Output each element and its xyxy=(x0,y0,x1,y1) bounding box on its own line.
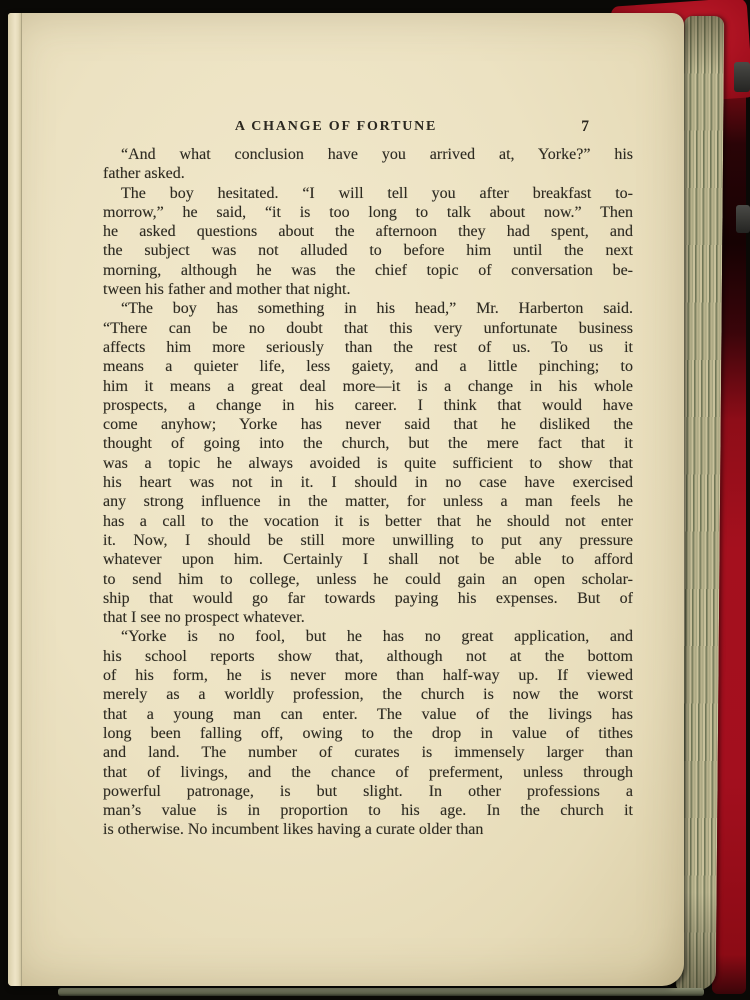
text-line: and land. The number of curates is immen… xyxy=(103,743,633,762)
text-line: his heart was not in it. I should in no … xyxy=(103,473,633,492)
book-clasp-detail xyxy=(734,62,750,92)
page-gutter-edge xyxy=(8,13,22,986)
text-line: has a call to the vocation it is better … xyxy=(103,512,633,531)
text-line: of his form, he is never more than half-… xyxy=(103,666,633,685)
page-number: 7 xyxy=(581,118,589,136)
text-block: “And what conclusion have you arrived at… xyxy=(103,145,633,840)
text-line: father asked. xyxy=(103,164,633,183)
book-clasp-detail xyxy=(736,205,750,233)
text-line: The boy hesitated. “I will tell you afte… xyxy=(103,184,633,203)
text-line: “And what conclusion have you arrived at… xyxy=(103,145,633,164)
text-line: powerful patronage, is but slight. In ot… xyxy=(103,782,633,801)
text-line: prospects, a change in his career. I thi… xyxy=(103,396,633,415)
text-line: “The boy has something in his head,” Mr.… xyxy=(103,299,633,318)
text-line: him it means a great deal more—it is a c… xyxy=(103,377,633,396)
text-line: to send him to college, unless he could … xyxy=(103,570,633,589)
text-line: is otherwise. No incumbent likes having … xyxy=(103,820,633,839)
paragraph: “And what conclusion have you arrived at… xyxy=(103,145,633,184)
text-line: morrow,” he said, “it is too long to tal… xyxy=(103,203,633,222)
text-line: “Yorke is no fool, but he has no great a… xyxy=(103,627,633,646)
text-line: thought of going into the church, but th… xyxy=(103,434,633,453)
text-line: his school reports show that, although n… xyxy=(103,647,633,666)
text-line: means a quieter life, less gaiety, and a… xyxy=(103,357,633,376)
text-line: long been falling off, owing to the drop… xyxy=(103,724,633,743)
paragraph: “Yorke is no fool, but he has no great a… xyxy=(103,627,633,839)
book-page: A CHANGE OF FORTUNE 7 “And what conclusi… xyxy=(8,13,684,986)
text-line: that I see no prospect whatever. xyxy=(103,608,633,627)
photo-background: A CHANGE OF FORTUNE 7 “And what conclusi… xyxy=(0,0,750,1000)
text-line: whatever upon him. Certainly I shall not… xyxy=(103,550,633,569)
text-line: that a young man can enter. The value of… xyxy=(103,705,633,724)
text-line: that of livings, and the chance of prefe… xyxy=(103,763,633,782)
text-line: man’s value is in proportion to his age.… xyxy=(103,801,633,820)
text-line: was a topic he always avoided is quite s… xyxy=(103,454,633,473)
text-line: the subject was not alluded to before hi… xyxy=(103,241,633,260)
bottom-page-edges xyxy=(58,988,704,996)
text-line: merely as a worldly profession, the chur… xyxy=(103,685,633,704)
text-line: affects him more seriously than the rest… xyxy=(103,338,633,357)
text-line: ship that would go far towards paying hi… xyxy=(103,589,633,608)
text-line: come anyhow; Yorke has never said that h… xyxy=(103,415,633,434)
text-line: it. Now, I should be still more unwillin… xyxy=(103,531,633,550)
text-line: “There can be no doubt that this very un… xyxy=(103,319,633,338)
text-line: he asked questions about the afternoon t… xyxy=(103,222,633,241)
running-title: A CHANGE OF FORTUNE xyxy=(103,119,569,135)
text-line: morning, although he was the chief topic… xyxy=(103,261,633,280)
paragraph: “The boy has something in his head,” Mr.… xyxy=(103,299,633,627)
page-header: A CHANGE OF FORTUNE 7 xyxy=(103,119,633,137)
text-line: tween his father and mother that night. xyxy=(103,280,633,299)
text-line: any strong influence in the matter, for … xyxy=(103,492,633,511)
paragraph: The boy hesitated. “I will tell you afte… xyxy=(103,184,633,300)
